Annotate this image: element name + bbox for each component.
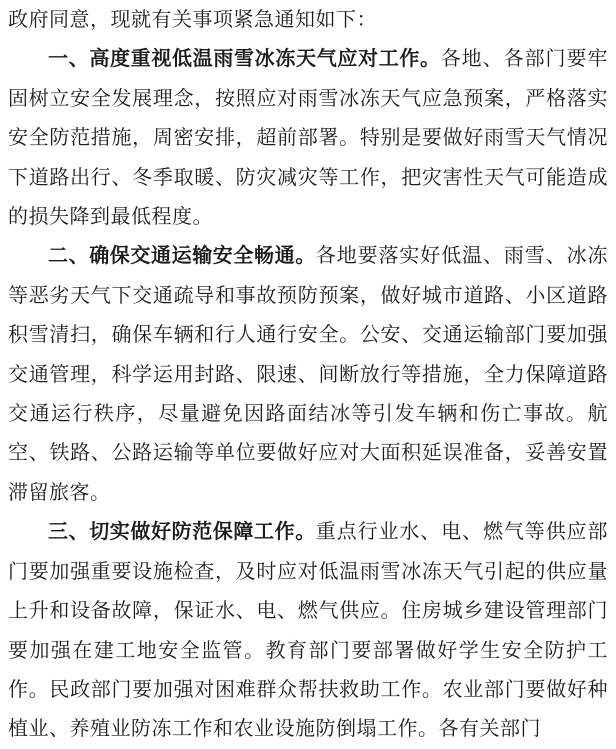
body-text: 重点行业水、电、燃气等供应部门要加强重要设施检查，及时应对低温雨雪冰冻天气引起的… xyxy=(8,521,608,740)
section-heading-text: 二、确保交通运输安全畅通。 xyxy=(48,245,316,267)
section-heading-text: 三、切实做好防范保障工作。 xyxy=(48,521,316,543)
body-text: 各地、各部门要牢固树立安全发展理念，按照应对雨雪冰冻天气应急预案，严格落实安全防… xyxy=(8,48,608,228)
body-text: 政府同意，现就有关事项紧急通知如下： xyxy=(8,9,377,31)
section-1-paragraph: 一、高度重视低温雨雪冰冻天气应对工作。各地、各部门要牢固树立安全发展理念，按照应… xyxy=(8,40,608,237)
document-page: 政府同意，现就有关事项紧急通知如下：一、高度重视低温雨雪冰冻天气应对工作。各地、… xyxy=(0,0,616,749)
section-3-paragraph: 三、切实做好防范保障工作。重点行业水、电、燃气等供应部门要加强重要设施检查，及时… xyxy=(8,513,608,749)
body-text: 各地要落实好低温、雨雪、冰冻等恶劣天气下交通疏导和事故预防预案，做好城市道路、小… xyxy=(8,245,608,503)
section-heading-text: 一、高度重视低温雨雪冰冻天气应对工作。 xyxy=(48,48,441,70)
section-2-paragraph: 二、确保交通运输安全畅通。各地要落实好低温、雨雪、冰冻等恶劣天气下交通疏导和事故… xyxy=(8,237,608,513)
continuation-paragraph: 政府同意，现就有关事项紧急通知如下： xyxy=(8,1,608,40)
document-body: 政府同意，现就有关事项紧急通知如下：一、高度重视低温雨雪冰冻天气应对工作。各地、… xyxy=(8,1,608,749)
